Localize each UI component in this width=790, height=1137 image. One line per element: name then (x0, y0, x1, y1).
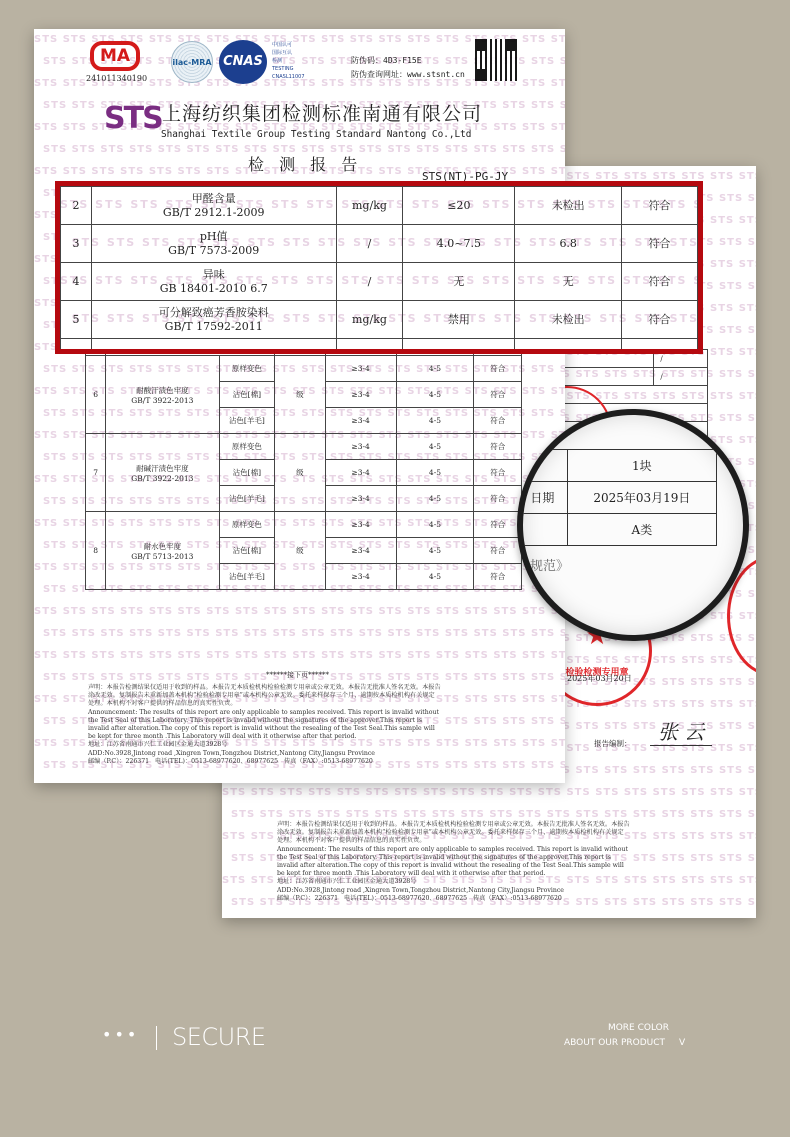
about-product-link[interactable]: ABOUT OUR PRODUCT (564, 1038, 665, 1048)
continued-next-page: ******接下页****** (266, 670, 329, 680)
verdict: 符合 (622, 187, 698, 225)
sub-item: 沾色[棉] (219, 538, 275, 564)
anti-counterfeit-url: 防伪查询网址：www.stsnt.cn (351, 68, 465, 82)
requirement: 4.0~7.5 (403, 225, 515, 263)
qr-code (475, 39, 517, 81)
requirement: ≥3-4 (325, 434, 396, 460)
report-notice-back: 声明：本报告检测结果仅适用于收到的样品。本报告无本质检机构检验检测专用章或公章无… (277, 821, 630, 903)
verdict: 符合 (474, 512, 522, 538)
requirement: 无 (403, 263, 515, 301)
test-item: pH值GB/T 7573-2009 (91, 225, 336, 263)
row-number: 6 (86, 356, 106, 434)
cnas-logo: CNAS (219, 40, 267, 84)
table-row: 8耐水色牢度GB/T 5713-2013原样变色级≥3-4 4-5 符合 (86, 512, 522, 538)
result: 4-5 (396, 382, 474, 408)
mag-label: 日期 (518, 482, 568, 514)
divider (156, 1026, 157, 1050)
sub-item: 沾色[棉] (219, 460, 275, 486)
more-color-link[interactable]: MORE COLOR (608, 1023, 669, 1033)
test-item: 耐水色牢度GB/T 5713-2013 (106, 512, 219, 590)
unit: 级 (275, 434, 326, 512)
result: 4-5 (396, 460, 474, 486)
unit: / (336, 263, 403, 301)
mag-label (518, 514, 568, 546)
report-page-front: STS STS STS STS STS STS STS STS STS STS … (34, 29, 565, 783)
unit: 级 (275, 512, 326, 590)
verdict: 符合 (474, 408, 522, 434)
requirement: ≤20 (403, 187, 515, 225)
chemical-results-table: 2 甲醛含量GB/T 2912.1-2009 mg/kg ≤20 未检出 符合3… (60, 186, 698, 351)
verdict: 符合 (474, 382, 522, 408)
section-title: SECURE (172, 1023, 266, 1051)
sub-item: 原样变色 (219, 434, 275, 460)
result: 6.8 (515, 225, 622, 263)
requirement: ≥3-4 (325, 512, 396, 538)
test-item: 耐酸汗渍色牢度GB/T 3922-2013 (106, 356, 219, 434)
verdict: 符合 (474, 434, 522, 460)
result: 4-5 (396, 564, 474, 590)
verdict: 符合 (474, 538, 522, 564)
report-notice-front: 声明：本报告检测结果仅适用于收到的样品。本报告无本质检机构检验检测专用章或公章无… (88, 684, 441, 766)
table-row: 5 可分解致癌芳香胺染料GB/T 17592-2011 mg/kg 禁用 未检出… (61, 301, 698, 339)
table-row: 3 pH值GB/T 7573-2009 / 4.0~7.5 6.8 符合 (61, 225, 698, 263)
ilac-mra-logo: ilac-MRA (171, 41, 213, 83)
more-dots-icon[interactable]: ••• (102, 1025, 139, 1044)
sub-item: 沾色[羊毛] (219, 408, 275, 434)
sub-item: 沾色[羊毛] (219, 564, 275, 590)
test-item: 耐碱汗渍色牢度GB/T 3922-2013 (106, 434, 219, 512)
info-value: / (654, 368, 708, 386)
result: 4-5 (396, 486, 474, 512)
verdict: 符合 (474, 356, 522, 382)
verdict: 符合 (622, 301, 698, 339)
table-row: 6耐酸汗渍色牢度GB/T 3922-2013原样变色级≥3-4 4-5 符合 (86, 356, 522, 382)
table-row: 2 甲醛含量GB/T 2912.1-2009 mg/kg ≤20 未检出 符合 (61, 187, 698, 225)
result: 无 (515, 263, 622, 301)
verdict: 符合 (474, 460, 522, 486)
unit: / (336, 225, 403, 263)
test-item: 甲醛含量GB/T 2912.1-2009 (91, 187, 336, 225)
compiler-label: 报告编制： (594, 738, 632, 749)
test-item: 异味GB 18401-2010 6.7 (91, 263, 336, 301)
mag-label (518, 450, 568, 482)
table-row: 7耐碱汗渍色牢度GB/T 3922-2013原样变色级≥3-4 4-5 符合 (86, 434, 522, 460)
table-row: 4 异味GB 18401-2010 6.7 / 无 无 符合 (61, 263, 698, 301)
test-item: 可分解致癌芳香胺染料GB/T 17592-2011 (91, 301, 336, 339)
fastness-results-table: 5GB/T 17592-2011mg/kg禁用未检出符合6耐酸汗渍色牢度GB/T… (85, 339, 522, 590)
result: 未检出 (515, 187, 622, 225)
cma-logo: MA (90, 41, 140, 71)
sub-item: 原样变色 (219, 356, 275, 382)
verdict: 符合 (622, 225, 698, 263)
row-number: 3 (61, 225, 92, 263)
row-number: 5 (61, 301, 92, 339)
company-name-en: Shanghai Textile Group Testing Standard … (161, 129, 471, 140)
verdict: 符合 (474, 564, 522, 590)
sub-item: 沾色[棉] (219, 382, 275, 408)
verdict: 符合 (474, 486, 522, 512)
spec-fragment: 术规范》 (517, 555, 569, 574)
row-number: 4 (61, 263, 92, 301)
unit: 级 (275, 356, 326, 434)
requirement: 禁用 (403, 301, 515, 339)
result: 4-5 (396, 512, 474, 538)
anti-counterfeit-code: 防伪码：4D3-F15E (351, 54, 465, 68)
magnified-info-table: 1块 日期2025年03月19日 A类 (517, 449, 717, 546)
sub-item: 沾色[羊毛] (219, 486, 275, 512)
compiler-signature: 张 云 (650, 716, 712, 746)
requirement: ≥3-4 (325, 408, 396, 434)
requirement: ≥3-4 (325, 538, 396, 564)
row-number: 7 (86, 434, 106, 512)
result: 4-5 (396, 538, 474, 564)
report-title: 检 测 报 告 (248, 152, 362, 175)
cma-number: 241011340190 (86, 74, 147, 83)
product-category: A类 (567, 514, 716, 546)
received-date: 2025年03月19日 (567, 482, 716, 514)
highlighted-results-callout: STS STS STS STS STS STS STS STS STS STS … (55, 181, 703, 354)
row-number: 2 (61, 187, 92, 225)
requirement: ≥3-4 (325, 356, 396, 382)
unit: mg/kg (336, 301, 403, 339)
result: 未检出 (515, 301, 622, 339)
requirement: ≥3-4 (325, 382, 396, 408)
sts-logo: STS (104, 101, 162, 136)
chevron-down-icon[interactable]: V (679, 1038, 685, 1048)
result: 4-5 (396, 356, 474, 382)
cnas-accreditation-text: 中国认可国际互认检测TESTINGCNASL11007 (272, 41, 305, 81)
anti-counterfeit-info: 防伪码：4D3-F15E 防伪查询网址：www.stsnt.cn (351, 54, 465, 82)
result: 4-5 (396, 434, 474, 460)
company-name-cn: 上海纺织集团检测标准南通有限公司 (162, 99, 482, 126)
requirement: ≥3-4 (325, 564, 396, 590)
verdict: 符合 (622, 263, 698, 301)
sub-item: 原样变色 (219, 512, 275, 538)
sample-quantity: 1块 (567, 450, 716, 482)
unit: mg/kg (336, 187, 403, 225)
magnifier-lens: 1块 日期2025年03月19日 A类 术规范》 (517, 409, 749, 641)
requirement: ≥3-4 (325, 486, 396, 512)
result: 4-5 (396, 408, 474, 434)
requirement: ≥3-4 (325, 460, 396, 486)
row-number: 8 (86, 512, 106, 590)
